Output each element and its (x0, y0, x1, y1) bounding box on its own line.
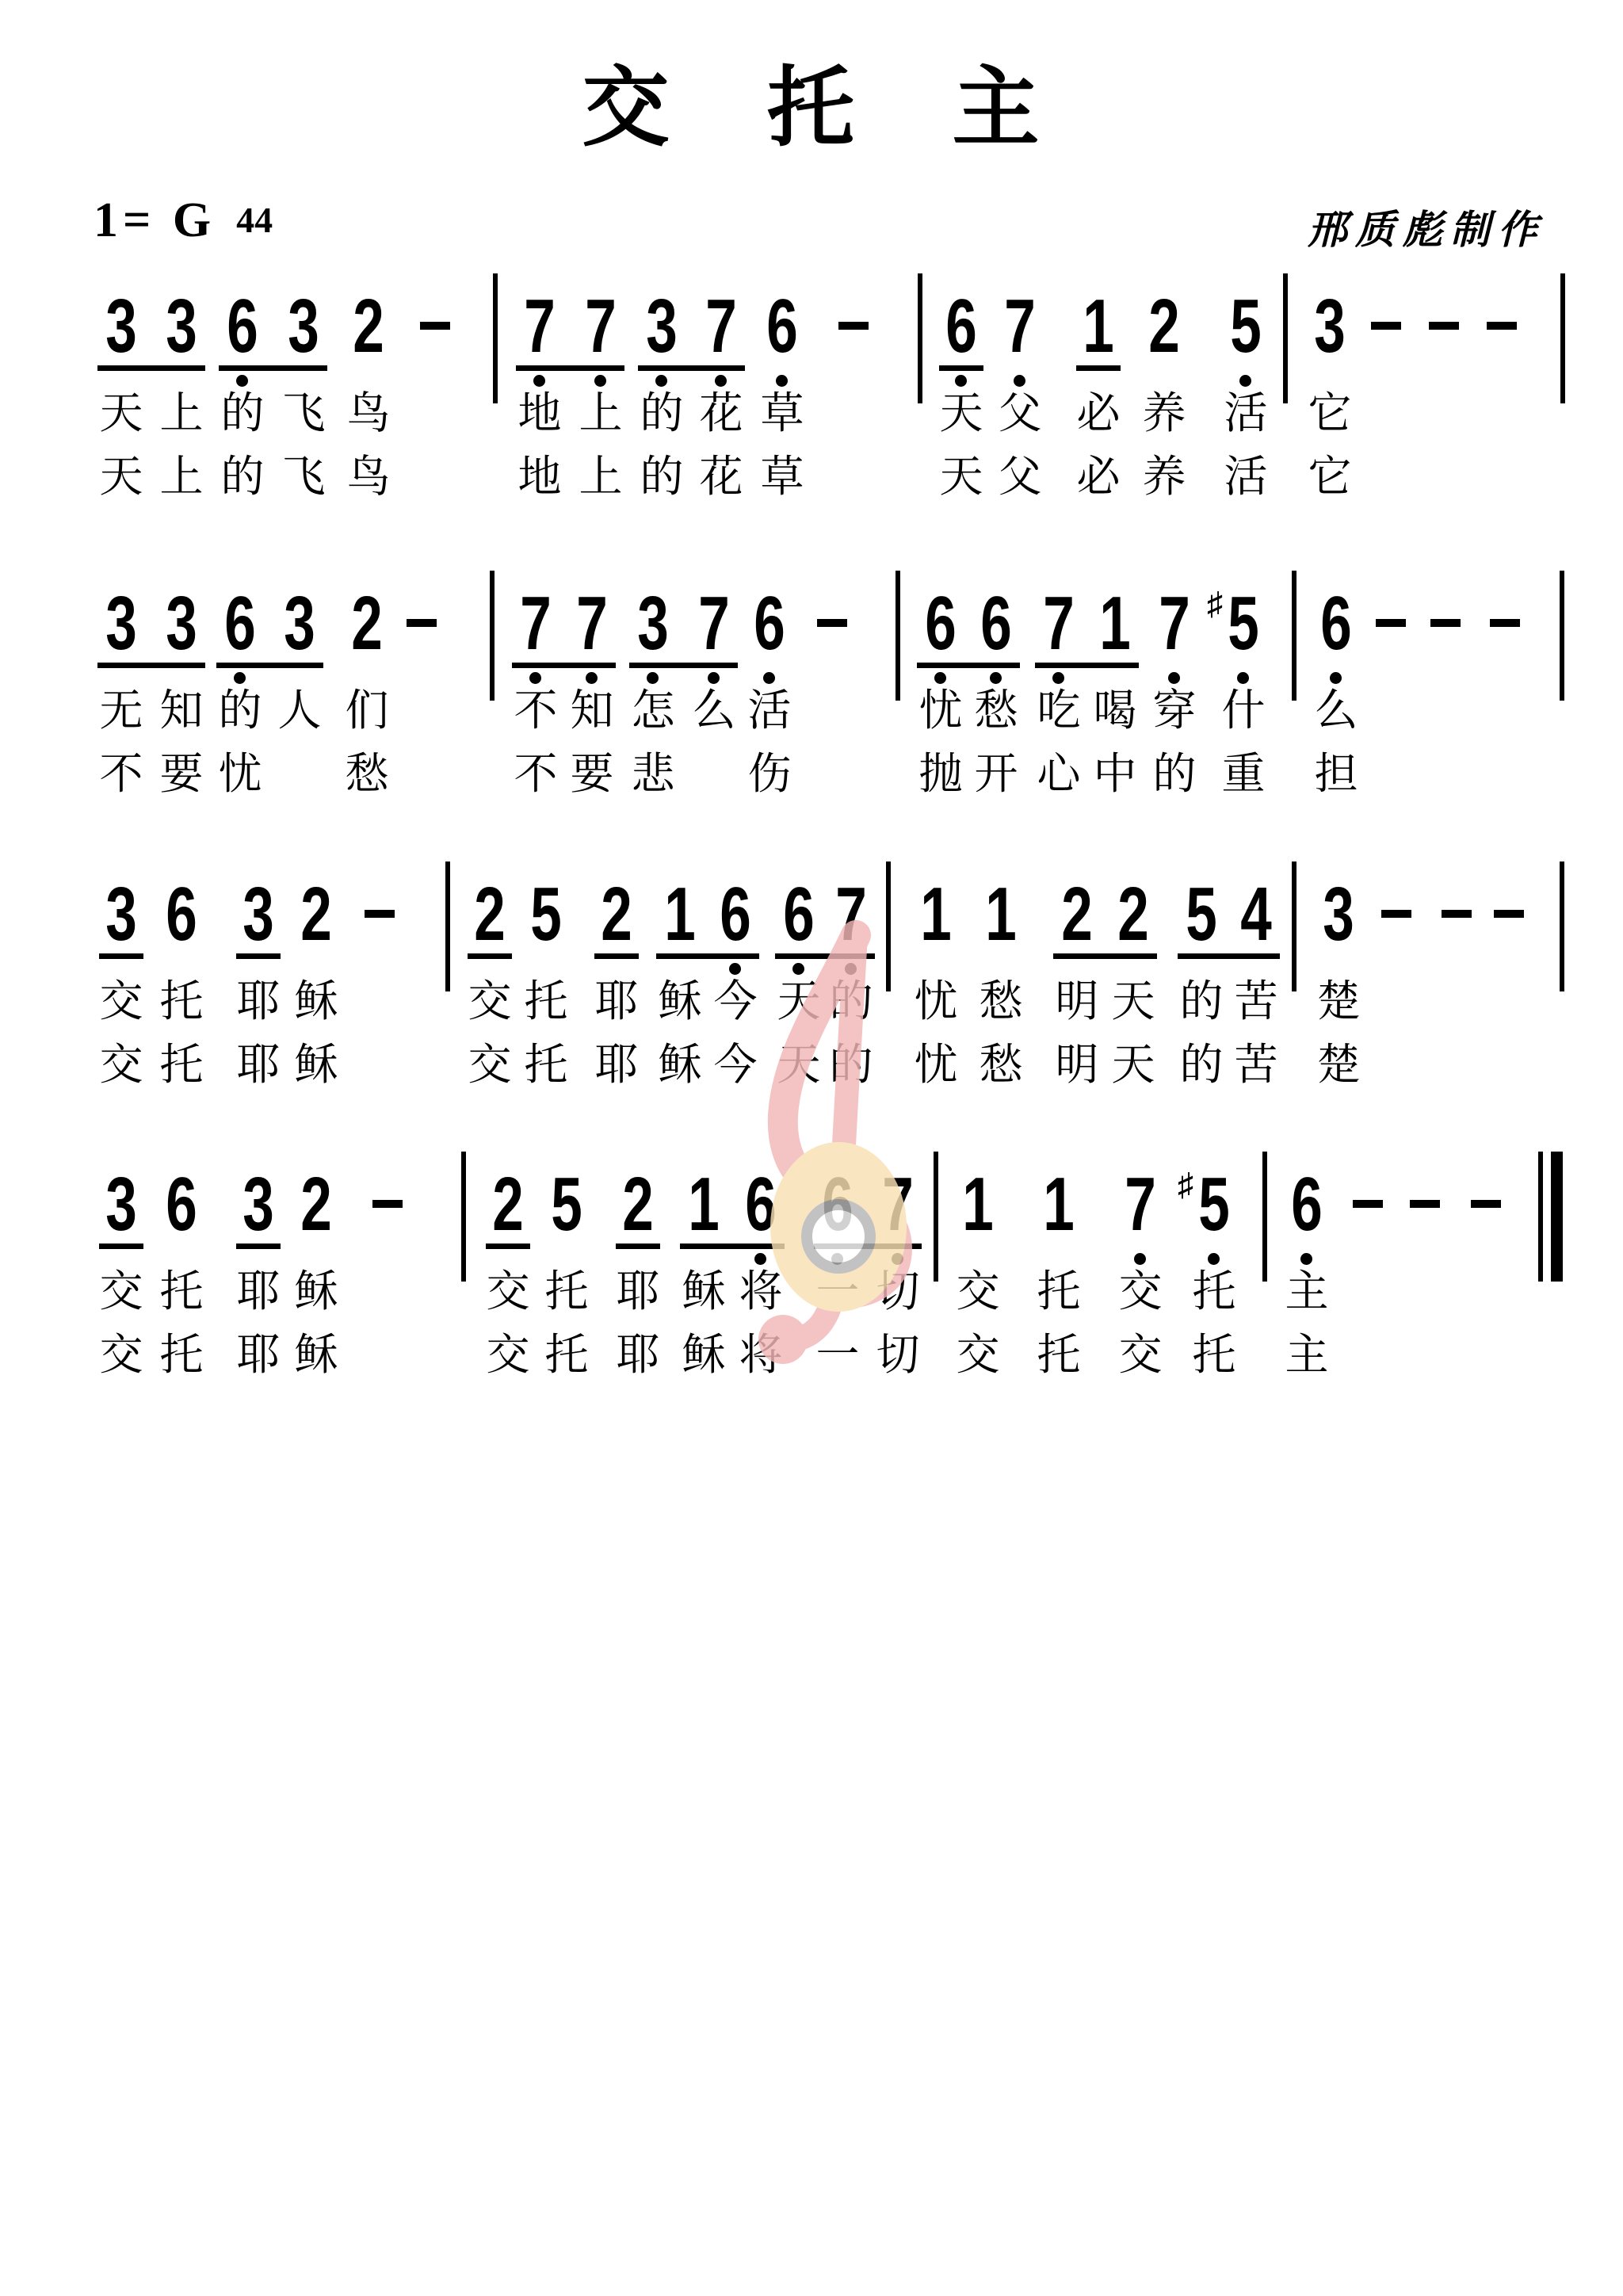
lyric-syllable-row2: 交 (1112, 1331, 1169, 1378)
lyric-syllable-row1: 怎 (624, 686, 682, 734)
lyric-syllable-row1: 知 (153, 686, 210, 734)
duration-dash (838, 322, 869, 330)
lyric-syllable-row2: 耶 (609, 1331, 666, 1378)
lyric-syllable-row1: 愁 (968, 686, 1025, 734)
note-digit: 6 (222, 296, 263, 359)
lyric-syllable-row1: 切 (869, 1267, 926, 1315)
lyric-syllable-row2: 的 (823, 1041, 880, 1088)
low-octave-dot (529, 672, 541, 684)
note-digit: 1 (1038, 1174, 1079, 1237)
lyric-syllable-row1: 么 (685, 686, 743, 734)
lyric-syllable-row2: 将 (732, 1331, 789, 1378)
beam-underline (216, 663, 323, 668)
low-octave-dot (715, 375, 727, 387)
lyric-syllable-row2: 托 (517, 1041, 575, 1088)
lyric-syllable-row1: 托 (1030, 1267, 1087, 1315)
lyric-syllable-row2: 托 (1186, 1331, 1243, 1378)
low-octave-dot (594, 375, 606, 387)
beam-underline (97, 663, 205, 668)
lyric-syllable-row2: 抛 (912, 750, 969, 797)
lyric-syllable-row1: 交 (461, 977, 518, 1025)
lyric-syllable-row1: 天 (933, 389, 990, 437)
barline (493, 273, 498, 403)
lyric-syllable-row1: 不 (507, 686, 564, 734)
note-digit: 6 (1316, 593, 1357, 656)
note-digit: 7 (831, 884, 872, 947)
note-digit: 3 (641, 296, 682, 359)
low-octave-dot (1052, 672, 1064, 684)
note-digit: 2 (346, 593, 388, 656)
eighth-underline (616, 1244, 660, 1249)
lyric-syllable-row2: 中 (1086, 750, 1144, 797)
note-digit: 7 (519, 296, 560, 359)
lyric-syllable-row1: 的 (633, 389, 690, 437)
sheet-music-page: 交 托 主 1= G44 邢质彪制作 3天天3上上6的的3飞飞2鸟鸟7地地7上上… (0, 0, 1623, 2296)
note-digit: 6 (1286, 1174, 1327, 1237)
lyric-syllable-row1: 鸟 (340, 389, 397, 437)
note-digit: 6 (161, 884, 202, 947)
lyric-syllable-row1: 交 (949, 1267, 1006, 1315)
lyric-syllable-row1: 明 (1048, 977, 1106, 1025)
note-digit: 1 (915, 884, 957, 947)
lyric-syllable-row1: 托 (153, 977, 210, 1025)
final-barline-thick (1551, 1152, 1563, 1282)
lyric-syllable-row2: 活 (1217, 453, 1274, 500)
note-digit: 6 (976, 593, 1017, 656)
low-octave-dot (236, 375, 248, 387)
lyric-syllable-row1: 愁 (972, 977, 1029, 1025)
low-octave-dot (831, 1253, 843, 1265)
eighth-underline (236, 953, 281, 959)
barline (1292, 861, 1296, 991)
low-octave-dot (647, 672, 659, 684)
lyric-syllable-row1: 交 (93, 977, 150, 1025)
note-digit: 6 (762, 296, 803, 359)
note-digit: 3 (101, 1174, 142, 1237)
eighth-underline (99, 1244, 143, 1249)
key-signature-key: 1= G (94, 189, 216, 252)
note-digit: 2 (617, 1174, 659, 1237)
lyric-syllable-row1: 稣 (651, 977, 708, 1025)
lyric-syllable-row2: 耶 (230, 1041, 287, 1088)
lyric-syllable-row1: 忧 (912, 686, 969, 734)
lyric-syllable-row2: 不 (93, 750, 150, 797)
duration-dash (365, 910, 395, 918)
lyric-syllable-row1: 的 (212, 686, 269, 734)
lyric-syllable-row2: 交 (479, 1331, 537, 1378)
barline (1283, 273, 1288, 403)
lyric-syllable-row1: 稣 (288, 1267, 345, 1315)
lyric-syllable-row2: 稣 (675, 1331, 732, 1378)
lyric-syllable-row1: 必 (1070, 389, 1127, 437)
low-octave-dot (234, 672, 246, 684)
duration-dash (1430, 619, 1461, 627)
barline (1560, 273, 1565, 403)
lyric-syllable-row1: 交 (93, 1267, 150, 1315)
note-digit: 1 (957, 1174, 999, 1237)
lyric-syllable-row1: 一 (809, 1267, 866, 1315)
lyric-syllable-row1: 么 (1308, 686, 1365, 734)
duration-dash (1410, 1200, 1440, 1208)
note-digit: 3 (632, 593, 674, 656)
time-signature: 44 (236, 204, 273, 237)
duration-dash (1490, 619, 1520, 627)
final-barline-thin (1538, 1152, 1543, 1282)
note-digit: 4 (1235, 884, 1277, 947)
lyric-syllable-row2: 的 (633, 453, 690, 500)
note-digit: 1 (980, 884, 1022, 947)
low-octave-dot (1208, 1253, 1220, 1265)
lyric-syllable-row1: 稣 (675, 1267, 732, 1315)
duration-dash (407, 619, 437, 627)
note-digit: 3 (101, 593, 142, 656)
duration-dash (817, 619, 847, 627)
lyric-syllable-row1: 花 (693, 389, 750, 437)
sharp-icon: ♯ (1178, 1169, 1193, 1201)
low-octave-dot (1237, 672, 1249, 684)
lyric-syllable-row1: 天 (93, 389, 150, 437)
lyric-syllable-row2: 耶 (588, 1041, 645, 1088)
eighth-underline (468, 953, 512, 959)
note-digit: 2 (487, 1174, 529, 1237)
note-digit: 3 (238, 1174, 279, 1237)
lyric-syllable-row1: 人 (271, 686, 328, 734)
lyric-syllable-row1: 活 (1217, 389, 1274, 437)
lyric-syllable-row2: 稣 (651, 1041, 708, 1088)
beam-underline (1178, 953, 1280, 959)
beam-underline (219, 365, 327, 371)
lyric-syllable-row2: 交 (93, 1041, 150, 1088)
arranger-credit: 邢质彪制作 (1308, 198, 1545, 255)
note-digit: 7 (1154, 593, 1195, 656)
lyric-syllable-row2: 它 (1301, 453, 1358, 500)
key-signature: 1= G44 (94, 189, 273, 276)
note-digit: 2 (348, 296, 389, 359)
lyric-syllable-row2: 主 (1278, 1331, 1335, 1378)
barline (934, 1152, 938, 1282)
note-digit: 6 (817, 1174, 858, 1237)
note-digit: 7 (877, 1174, 918, 1237)
note-digit: 3 (101, 296, 142, 359)
low-octave-dot (892, 1253, 903, 1265)
low-octave-dot (845, 963, 857, 975)
duration-dash (372, 1200, 403, 1208)
lyric-syllable-row2: 要 (563, 750, 621, 797)
note-digit: 3 (101, 884, 142, 947)
beam-underline (512, 663, 616, 668)
lyric-syllable-row2: 交 (93, 1331, 150, 1378)
eighth-underline (594, 953, 639, 959)
lyric-syllable-row1: 的 (823, 977, 880, 1025)
page-title: 交 托 主 (0, 38, 1623, 163)
duration-dash (1471, 1200, 1501, 1208)
low-octave-dot (1239, 375, 1251, 387)
low-octave-dot (1014, 375, 1025, 387)
lyric-syllable-row1: 将 (732, 1267, 789, 1315)
note-digit: 7 (1120, 1174, 1161, 1237)
lyric-syllable-row2: 明 (1048, 1041, 1106, 1088)
beam-underline (775, 953, 875, 959)
low-octave-dot (792, 963, 804, 975)
duration-dash (1353, 1200, 1383, 1208)
lyric-syllable-row1: 主 (1278, 1267, 1335, 1315)
lyric-syllable-row1: 养 (1136, 389, 1193, 437)
lyric-syllable-row2: 耶 (230, 1331, 287, 1378)
note-digit: 2 (296, 884, 337, 947)
note-digit: 7 (580, 296, 621, 359)
lyric-syllable-row2: 重 (1215, 750, 1272, 797)
lyric-syllable-row1: 吃 (1030, 686, 1087, 734)
lyric-syllable-row2: 切 (869, 1331, 926, 1378)
note-digit: 5 (546, 1174, 587, 1237)
lyric-syllable-row2: 天 (933, 453, 990, 500)
note-digit: 6 (715, 884, 756, 947)
lyric-syllable-row2: 托 (153, 1331, 210, 1378)
beam-underline (1035, 663, 1139, 668)
duration-dash (1487, 322, 1517, 330)
beam-underline (638, 365, 745, 371)
note-digit: 2 (296, 1174, 337, 1237)
beam-underline (1053, 953, 1157, 959)
lyric-syllable-row1: 它 (1301, 389, 1358, 437)
lyric-syllable-row2: 天 (770, 1041, 827, 1088)
lyric-syllable-row2: 不 (507, 750, 564, 797)
barline (445, 861, 450, 991)
lyric-syllable-row2: 的 (214, 453, 271, 500)
eighth-underline (1076, 365, 1121, 371)
lyric-syllable-row1: 喝 (1086, 686, 1144, 734)
lyric-syllable-row1: 父 (991, 389, 1048, 437)
duration-dash (1494, 910, 1524, 918)
lyric-syllable-row1: 稣 (288, 977, 345, 1025)
lyric-syllable-row2: 上 (153, 453, 210, 500)
lyric-syllable-row2: 开 (968, 750, 1025, 797)
lyric-syllable-row2: 天 (93, 453, 150, 500)
barline (461, 1152, 466, 1282)
note-digit: 2 (1056, 884, 1098, 947)
barline (886, 861, 891, 991)
note-digit: 3 (161, 593, 202, 656)
note-digit: 3 (283, 296, 324, 359)
lyric-syllable-row1: 草 (754, 389, 811, 437)
barline (1262, 1152, 1267, 1282)
lyric-syllable-row2: 父 (991, 453, 1048, 500)
note-digit: 6 (749, 593, 790, 656)
low-octave-dot (533, 375, 545, 387)
note-digit: 1 (1078, 296, 1119, 359)
eighth-underline (486, 1244, 530, 1249)
lyric-syllable-row2: 托 (153, 1041, 210, 1088)
note-digit: 6 (220, 593, 261, 656)
lyric-syllable-row2: 养 (1136, 453, 1193, 500)
beam-underline (629, 663, 738, 668)
beam-underline (917, 663, 1020, 668)
note-digit: 7 (515, 593, 556, 656)
lyric-syllable-row2: 必 (1070, 453, 1127, 500)
lyric-syllable-row1: 的 (214, 389, 271, 437)
lyric-syllable-row1: 地 (511, 389, 568, 437)
time-signature-denominator: 4 (254, 200, 273, 240)
duration-dash (1376, 619, 1406, 627)
beam-underline (516, 365, 624, 371)
lyric-syllable-row2: 天 (1105, 1041, 1162, 1088)
duration-dash (420, 322, 450, 330)
lyric-syllable-row1: 无 (93, 686, 150, 734)
note-digit: 7 (701, 296, 742, 359)
low-octave-dot (754, 1253, 766, 1265)
lyric-syllable-row2: 伤 (741, 750, 798, 797)
note-digit: 2 (1113, 884, 1154, 947)
note-digit: 1 (1094, 593, 1136, 656)
lyric-syllable-row2: 担 (1308, 750, 1365, 797)
lyric-syllable-row2: 楚 (1310, 1041, 1367, 1088)
note-digit: 3 (238, 884, 279, 947)
lyric-syllable-row1: 耶 (588, 977, 645, 1025)
low-octave-dot (1300, 1253, 1312, 1265)
low-octave-dot (776, 375, 788, 387)
low-octave-dot (708, 672, 720, 684)
note-digit: 3 (1318, 884, 1359, 947)
sharp-icon: ♯ (1207, 588, 1223, 620)
note-digit: 1 (683, 1174, 724, 1237)
lyric-syllable-row1: 托 (517, 977, 575, 1025)
note-digit: 5 (1225, 296, 1266, 359)
lyric-syllable-row2: 今 (707, 1041, 764, 1088)
beam-underline (680, 1244, 785, 1249)
lyric-syllable-row2: 愁 (972, 1041, 1029, 1088)
lyric-syllable-row1: 托 (1186, 1267, 1243, 1315)
barline (1560, 571, 1564, 701)
duration-dash (1381, 910, 1411, 918)
low-octave-dot (763, 672, 775, 684)
lyric-syllable-row1: 穿 (1146, 686, 1203, 734)
lyric-syllable-row2: 上 (572, 453, 629, 500)
low-octave-dot (1134, 1253, 1146, 1265)
lyric-syllable-row1: 交 (479, 1267, 537, 1315)
lyric-syllable-row2: 悲 (624, 750, 682, 797)
eighth-underline (99, 953, 143, 959)
lyric-syllable-row2: 心 (1030, 750, 1087, 797)
note-digit: 5 (525, 884, 567, 947)
lyric-syllable-row2: 托 (1030, 1331, 1087, 1378)
note-digit: 3 (279, 593, 320, 656)
lyric-syllable-row1: 交 (1112, 1267, 1169, 1315)
note-digit: 3 (1309, 296, 1350, 359)
lyric-syllable-row1: 托 (153, 1267, 210, 1315)
lyric-syllable-row1: 托 (538, 1267, 595, 1315)
duration-dash (1429, 322, 1459, 330)
lyric-syllable-row2: 一 (809, 1331, 866, 1378)
note-digit: 7 (571, 593, 613, 656)
lyric-syllable-row2: 地 (511, 453, 568, 500)
note-digit: 6 (161, 1174, 202, 1237)
note-digit: 7 (999, 296, 1041, 359)
note-digit: 7 (693, 593, 735, 656)
note-digit: 7 (1038, 593, 1079, 656)
lyric-syllable-row1: 天 (770, 977, 827, 1025)
lyric-syllable-row2: 交 (461, 1041, 518, 1088)
note-digit: 2 (469, 884, 510, 947)
lyric-syllable-row1: 知 (563, 686, 621, 734)
lyric-syllable-row1: 上 (153, 389, 210, 437)
lyric-syllable-row2: 花 (693, 453, 750, 500)
low-octave-dot (586, 672, 598, 684)
beam-underline (814, 1244, 922, 1249)
note-digit: 6 (920, 593, 961, 656)
lyric-syllable-row2: 稣 (288, 1331, 345, 1378)
lyric-syllable-row2: 鸟 (340, 453, 397, 500)
note-digit: 3 (161, 296, 202, 359)
lyric-syllable-row2: 的 (1173, 1041, 1230, 1088)
lyric-syllable-row1: 什 (1215, 686, 1272, 734)
low-octave-dot (990, 672, 1002, 684)
lyric-syllable-row2: 的 (1146, 750, 1203, 797)
lyric-syllable-row1: 耶 (609, 1267, 666, 1315)
lyric-syllable-row2: 忧 (212, 750, 269, 797)
barline (918, 273, 922, 403)
lyric-syllable-row2: 交 (949, 1331, 1006, 1378)
duration-dash (1442, 910, 1472, 918)
barline (1560, 861, 1564, 991)
low-octave-dot (1330, 672, 1342, 684)
lyric-syllable-row1: 耶 (230, 1267, 287, 1315)
low-octave-dot (655, 375, 667, 387)
note-digit: 5 (1223, 593, 1264, 656)
barline (896, 571, 900, 701)
lyric-syllable-row2: 要 (153, 750, 210, 797)
lyric-syllable-row1: 天 (1105, 977, 1162, 1025)
lyric-syllable-row2: 愁 (338, 750, 395, 797)
lyric-syllable-row1: 们 (338, 686, 395, 734)
lyric-syllable-row1: 的 (1173, 977, 1230, 1025)
note-digit: 5 (1181, 884, 1222, 947)
lyric-syllable-row1: 今 (707, 977, 764, 1025)
duration-dash (1371, 322, 1401, 330)
lyric-syllable-row2: 草 (754, 453, 811, 500)
barline (1292, 571, 1296, 701)
beam-underline (97, 365, 205, 371)
lyric-syllable-row2: 忧 (907, 1041, 964, 1088)
note-digit: 2 (596, 884, 637, 947)
lyric-syllable-row1: 上 (572, 389, 629, 437)
lyric-syllable-row2: 托 (538, 1331, 595, 1378)
note-digit: 6 (941, 296, 982, 359)
eighth-underline (236, 1244, 281, 1249)
note-digit: 1 (659, 884, 701, 947)
lyric-syllable-row1: 活 (741, 686, 798, 734)
lyric-syllable-row1: 耶 (230, 977, 287, 1025)
low-octave-dot (729, 963, 741, 975)
eighth-underline (939, 365, 983, 371)
note-digit: 6 (740, 1174, 781, 1237)
lyric-syllable-row1: 飞 (275, 389, 332, 437)
low-octave-dot (1168, 672, 1180, 684)
note-digit: 5 (1193, 1174, 1235, 1237)
lyric-syllable-row2: 稣 (288, 1041, 345, 1088)
lyric-syllable-row1: 苦 (1228, 977, 1285, 1025)
note-digit: 6 (778, 884, 819, 947)
lyric-syllable-row2: 飞 (275, 453, 332, 500)
barline (490, 571, 495, 701)
lyric-syllable-row1: 楚 (1310, 977, 1367, 1025)
low-octave-dot (955, 375, 967, 387)
low-octave-dot (934, 672, 946, 684)
lyric-syllable-row2: 苦 (1228, 1041, 1285, 1088)
beam-underline (656, 953, 759, 959)
time-signature-numerator: 4 (236, 200, 254, 240)
lyric-syllable-row1: 忧 (907, 977, 964, 1025)
note-digit: 2 (1144, 296, 1185, 359)
